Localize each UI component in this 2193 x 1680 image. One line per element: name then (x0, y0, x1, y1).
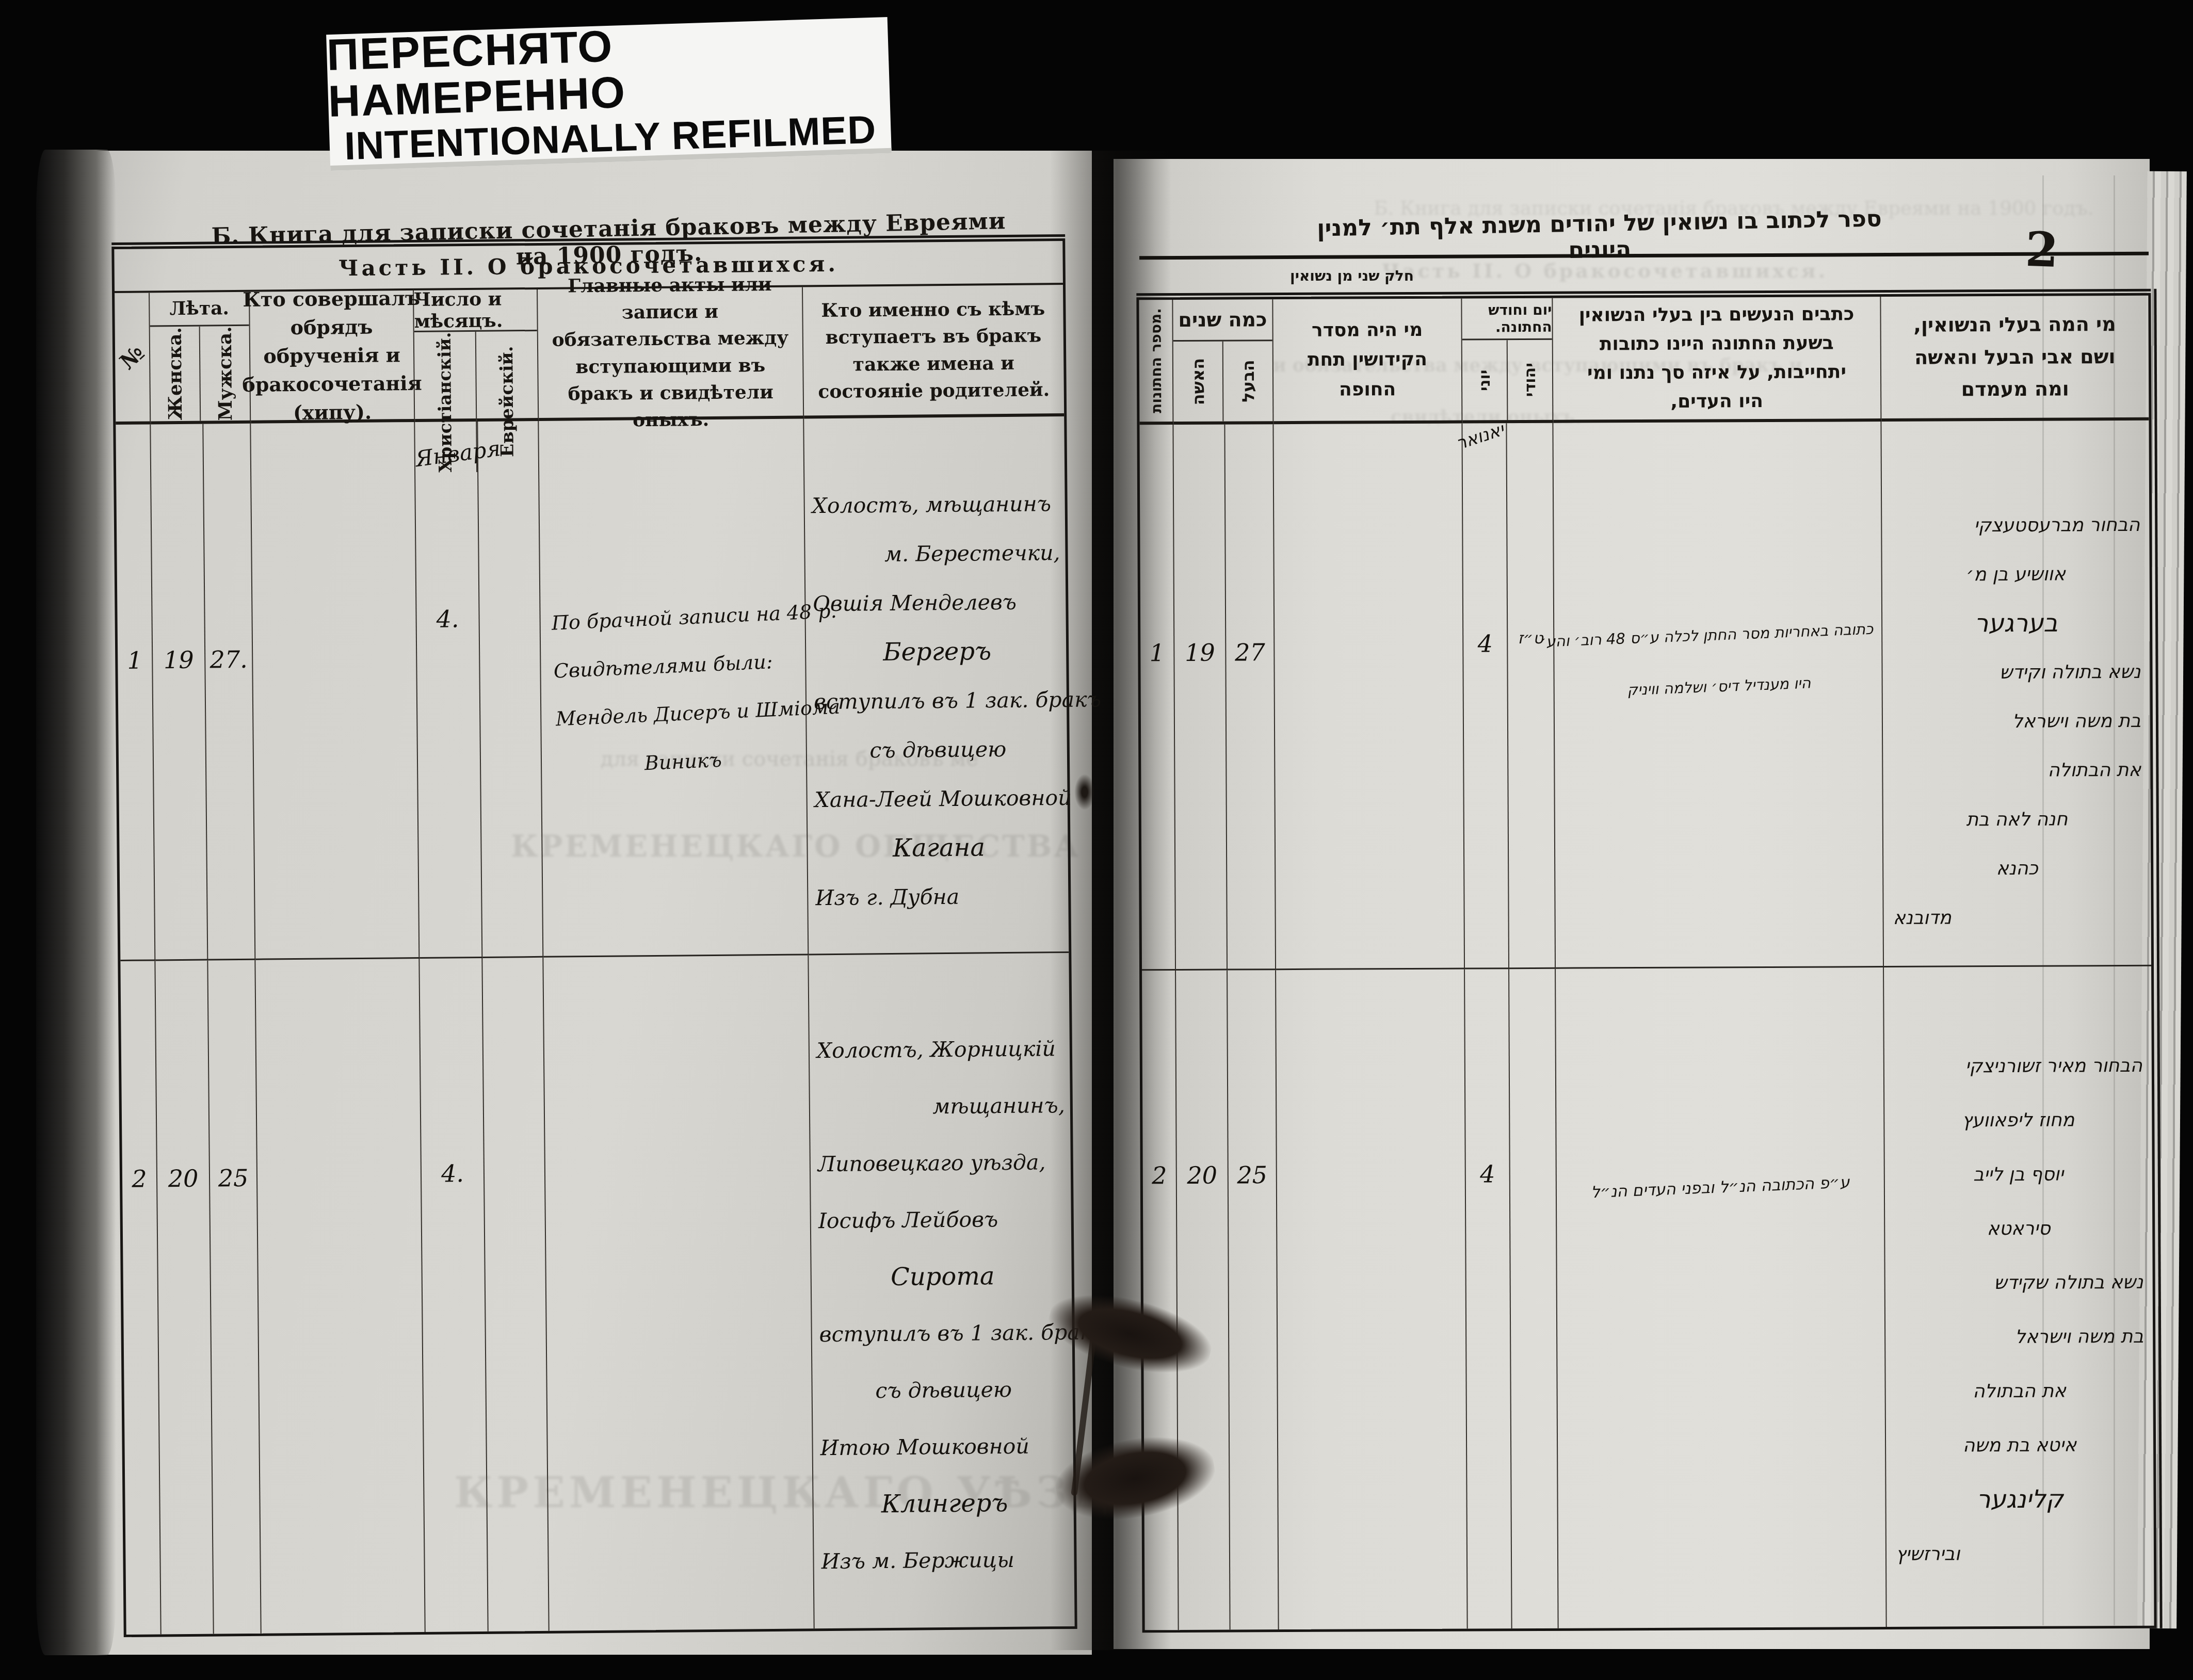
entry-2-husband-age: 25 (1228, 970, 1279, 1629)
names-line: מחוז ליפאוועץ (1894, 1093, 2142, 1148)
details-line: Клингеръ (820, 1474, 1069, 1533)
names-line: הבחור מאיר זשורניצקי (1894, 1039, 2142, 1094)
details-line: мѣщанинъ, (817, 1077, 1065, 1136)
entry-1-jewish-date (478, 421, 543, 958)
col-header-date-group: Число и мѣсяцъ. Христіанскій. Еврейскій. (414, 289, 539, 422)
right-page-title: ספר לכתוב בו נשואין של יהודים משנת אלף ת… (1310, 205, 1889, 268)
col-header-age-group: Лѣта. Женска. Мужска. (150, 292, 251, 425)
years-group-label: כמה שנים (1173, 299, 1272, 342)
entry-2-couple-names: הבחור מאיר זשורניצקי מחוז ליפאוועץ יוסף … (1884, 966, 2154, 1627)
entry-1-acts: По брачной записи на 48 р. Свидѣтелями б… (539, 418, 809, 957)
details-line: Кагана (815, 822, 1063, 874)
right-page-subtitle: חלק שני מן נשואין (1275, 267, 1429, 284)
page-number: 2 (2024, 221, 2059, 278)
entry-1-ketubah: כתובה באחריות מסר החתן לכלה ע״ס 48 רוב׳ … (1553, 422, 1884, 969)
entry-1-details: Холостъ, мѣщанинъ м. Берестечки, Овшія М… (804, 416, 1069, 955)
names-line: נשא בתולה שקידש (1894, 1255, 2143, 1311)
entry-2-groom-age: 25 (208, 960, 261, 1634)
names-line: את הבתולה (1895, 1364, 2143, 1419)
day-number: 4 (1466, 1160, 1509, 1188)
refilmed-label-card: ПЕРЕСНЯТО НАМЕРЕННО INTENTIONALLY REFILM… (326, 17, 892, 171)
age-group-label: Лѣта. (150, 292, 249, 327)
day-number: 4. (416, 605, 478, 633)
day-number: 4 (1463, 629, 1507, 657)
names-line: אוושיע בן מ׳ (1892, 550, 2140, 600)
entry-2-number: 2 (120, 961, 161, 1635)
details-line: Овшія Менделевъ (813, 577, 1061, 628)
col-header-years-group: כמה שנים האשה הבעל (1173, 299, 1273, 425)
entry-1-bride-age: 19 (151, 424, 208, 961)
names-line: בת משה וישראל (1892, 697, 2141, 747)
col-header-couples: מי המה בעלי הנשואין, ושם אבי הבעל והאשה … (1881, 296, 2149, 422)
names-line: הבחור מברעסטעצקי (1891, 500, 2140, 551)
names-line: את הבתולה (1892, 746, 2141, 796)
names-line: נשא בתולה וקידש (1892, 648, 2140, 698)
details-line: Холостъ, Жорницкій (816, 1020, 1065, 1079)
book-binding-shadow (1050, 151, 1171, 1650)
entry-2-details: Холостъ, Жорницкій мѣщанинъ, Липовецкаго… (809, 953, 1074, 1628)
names-line: כהנא (1893, 844, 2141, 894)
entry-2-mesader (1276, 970, 1468, 1630)
entry-2-jewish-date (482, 958, 549, 1631)
col-header-husband: הבעל (1223, 341, 1273, 421)
wedding-date-label: יום וחודש החתונה. (1462, 298, 1552, 341)
entry-2-civil-date: 4 (1465, 969, 1512, 1628)
entry-1-officiant (251, 422, 420, 960)
details-line: м. Берестечки, (812, 528, 1060, 579)
entry-2-wife-age: 20 (1176, 971, 1231, 1630)
col-header-wife: האשה (1173, 342, 1224, 422)
col-header-hebrew-date: יהודי (1508, 340, 1553, 420)
entry-1-couple-names: הבחור מברעסטעצקי אוושיע בן מ׳ בערגער נשא… (1881, 421, 2151, 967)
details-line: Бергеръ (813, 626, 1061, 677)
names-line: חנה לאה בת (1893, 795, 2141, 845)
microfilm-scan: для записки сочетанія браковъ ме КРЕМЕНЕ… (0, 0, 2193, 1680)
refilmed-label-russian: ПЕРЕСНЯТО НАМЕРЕННО (326, 14, 890, 125)
col-header-wedding-date-group: יום וחודש החתונה. יוני יהודי (1462, 298, 1553, 424)
entry-1-husband-age: 27 (1225, 424, 1276, 970)
names-line: בערגער (1892, 599, 2140, 649)
day-number: 4. (422, 1159, 483, 1188)
details-line: Липовецкаго уѣзда, (817, 1134, 1066, 1192)
entry-1-hebrew-date: ט״ז (1507, 423, 1556, 969)
names-line: ובירזשיץ (1896, 1526, 2144, 1581)
ink-speck (1074, 774, 1095, 810)
details-line: вступилъ въ 1 зак. бракъ (814, 675, 1062, 726)
names-line: סיראטא (1894, 1201, 2143, 1256)
details-line: Холостъ, мѣщанинъ (812, 479, 1060, 530)
details-line: вступилъ въ 1 зак. бракъ (819, 1304, 1067, 1363)
entry-2-christian-date: 4. (420, 958, 488, 1632)
torn-book-edge (36, 150, 116, 1655)
entry-2-officiant (255, 959, 425, 1634)
left-register-table: Часть II. О бракосочетавшихся. № Лѣта. Ж… (111, 238, 1077, 1637)
names-line: איטא בת משה (1895, 1418, 2144, 1473)
names-line: קלינגער (1895, 1472, 2144, 1527)
names-line: בת משה וישראל (1895, 1310, 2143, 1365)
details-line: Изъ м. Бержицы (821, 1531, 1069, 1590)
no-glyph: № (115, 340, 150, 375)
entry-1-wife-age: 19 (1173, 425, 1228, 971)
entry-1-mesader (1273, 424, 1465, 971)
col-header-who: Кто именно съ кѣмъ вступаетъ въ бракъ та… (803, 285, 1064, 418)
col-header-contracts: כתבים הנעשים בין בעלי הנשואין בשעת החתונ… (1553, 297, 1881, 423)
details-line: Сирота (818, 1247, 1067, 1306)
details-line: Итою Мошковной (820, 1417, 1068, 1476)
entry-2-hebrew-date (1509, 969, 1559, 1628)
entry-1-christian-date: Января 4. (415, 422, 482, 959)
details-line: съ дѣвицею (819, 1361, 1068, 1419)
entry-2-bride-age: 20 (155, 961, 214, 1635)
entry-2-ketubah: ע״פ הכתובה הנ״ל ובפני העדים הנ״ל (1556, 967, 1887, 1628)
right-register-table: מספר החתונות. כמה שנים האשה הבעל מי היה … (1136, 293, 2156, 1633)
col-header-civil-date: יוני (1462, 340, 1508, 420)
details-line: съ дѣвицею (814, 724, 1062, 776)
month-note: Января (414, 439, 478, 472)
names-line: יוסף בן לייב (1894, 1147, 2143, 1202)
details-line: Изъ г. Дубна (815, 871, 1063, 923)
details-line: Хана-Леей Мошковной (814, 773, 1062, 825)
col-header-acts: Главные акты или записи и обязательства … (538, 287, 804, 421)
col-header-officiant: Кто совершалъ обрядъ обрученія и бракосо… (250, 290, 415, 424)
col-header-mesader: מי היה מסדר הקידושין תחת החופה (1273, 299, 1462, 425)
details-line: Іосифъ Лейбовъ (818, 1190, 1066, 1249)
names-line: מדובנא (1893, 893, 2141, 943)
entry-1-civil-date: יאנואר 4 (1462, 423, 1509, 969)
col-header-no: № (115, 293, 151, 425)
entry-2-acts (543, 955, 814, 1630)
col-header-female: Женска. (150, 327, 201, 422)
date-group-label: Число и мѣсяцъ. (414, 289, 537, 332)
entry-1-number: 1 (116, 424, 155, 961)
ketubah-line: ע״פ הכתובה הנ״ל ובפני העדים הנ״ל (1563, 1156, 1877, 1220)
entry-1-groom-age: 27. (203, 424, 255, 961)
